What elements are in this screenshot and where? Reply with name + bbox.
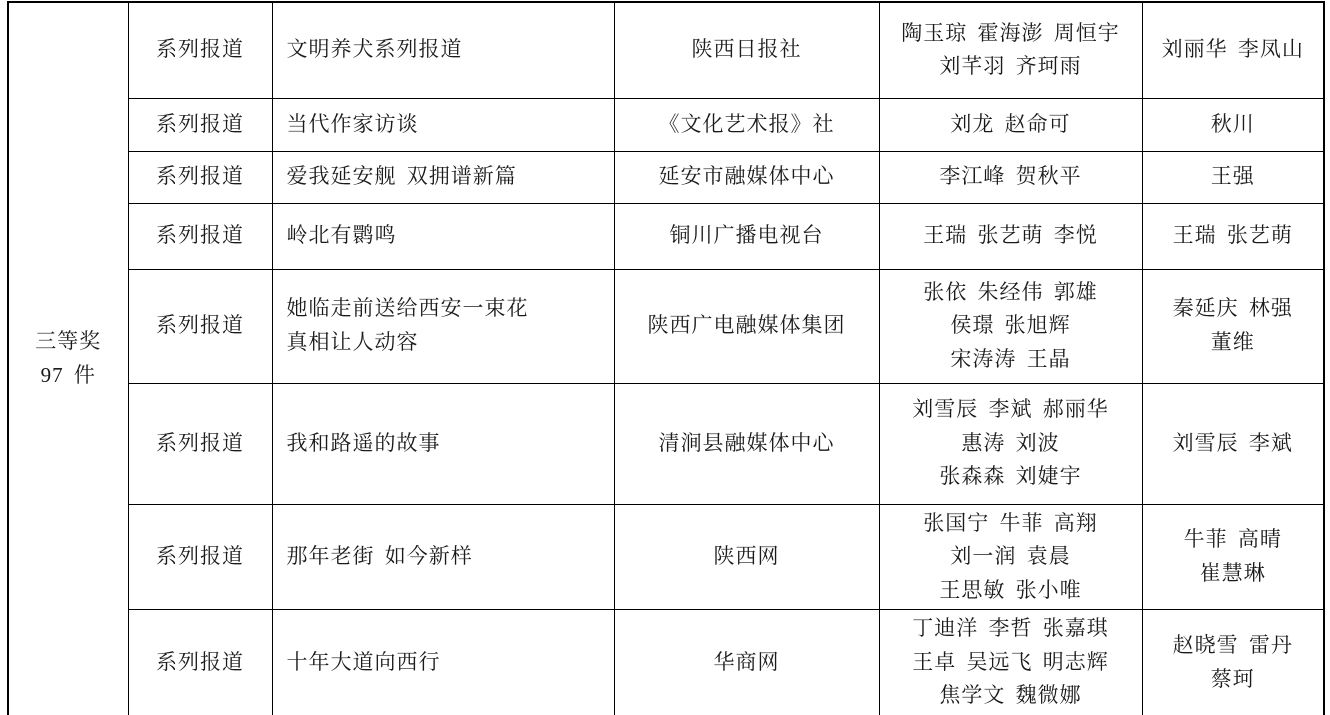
- category-cell: 系列报道: [128, 269, 272, 383]
- category-cell: 系列报道: [128, 2, 272, 98]
- organization-cell: 华商网: [614, 610, 879, 715]
- title-cell: 岭北有鹮鸣: [272, 203, 614, 269]
- authors-cell: 丁迪洋 李哲 张嘉琪 王卓 吴远飞 明志辉 焦学文 魏微娜: [879, 610, 1142, 715]
- category-cell: 系列报道: [128, 504, 272, 610]
- editors-cell: 牛菲 高晴 崔慧琳: [1142, 504, 1324, 610]
- authors-cell: 陶玉琼 霍海澎 周恒宇 刘芊羽 齐珂雨: [879, 2, 1142, 98]
- title-cell: 她临走前送给西安一束花 真相让人动容: [272, 269, 614, 383]
- editors-cell: 刘雪辰 李斌: [1142, 383, 1324, 504]
- award-category-cell: 三等奖 97 件: [8, 2, 128, 715]
- organization-cell: 陕西日报社: [614, 2, 879, 98]
- table-row: 系列报道 我和路遥的故事 清涧县融媒体中心 刘雪辰 李斌 郝丽华 惠涛 刘波 张…: [8, 383, 1324, 504]
- category-cell: 系列报道: [128, 98, 272, 151]
- organization-cell: 延安市融媒体中心: [614, 151, 879, 203]
- authors-cell: 张依 朱经伟 郭雄 侯璟 张旭辉 宋涛涛 王晶: [879, 269, 1142, 383]
- editors-cell: 秦延庆 林强 董维: [1142, 269, 1324, 383]
- organization-cell: 清涧县融媒体中心: [614, 383, 879, 504]
- editors-cell: 秋川: [1142, 98, 1324, 151]
- authors-cell: 刘雪辰 李斌 郝丽华 惠涛 刘波 张森森 刘婕宇: [879, 383, 1142, 504]
- title-cell: 我和路遥的故事: [272, 383, 614, 504]
- category-cell: 系列报道: [128, 610, 272, 715]
- organization-cell: 陕西网: [614, 504, 879, 610]
- authors-cell: 王瑞 张艺萌 李悦: [879, 203, 1142, 269]
- authors-cell: 刘龙 赵命可: [879, 98, 1142, 151]
- table-row: 系列报道 那年老街 如今新样 陕西网 张国宁 牛菲 高翔 刘一润 袁晨 王思敏 …: [8, 504, 1324, 610]
- awards-table-body: 三等奖 97 件系列报道 文明养犬系列报道 陕西日报社 陶玉琼 霍海澎 周恒宇 …: [8, 2, 1324, 715]
- table-row: 系列报道 当代作家访谈 《文化艺术报》社 刘龙 赵命可 秋川: [8, 98, 1324, 151]
- awards-table: 三等奖 97 件系列报道 文明养犬系列报道 陕西日报社 陶玉琼 霍海澎 周恒宇 …: [7, 1, 1325, 715]
- organization-cell: 铜川广播电视台: [614, 203, 879, 269]
- title-cell: 当代作家访谈: [272, 98, 614, 151]
- table-row: 系列报道 爱我延安舰 双拥谱新篇 延安市融媒体中心 李江峰 贺秋平 王强: [8, 151, 1324, 203]
- organization-cell: 《文化艺术报》社: [614, 98, 879, 151]
- editors-cell: 刘丽华 李凤山: [1142, 2, 1324, 98]
- authors-cell: 张国宁 牛菲 高翔 刘一润 袁晨 王思敏 张小唯: [879, 504, 1142, 610]
- title-cell: 十年大道向西行: [272, 610, 614, 715]
- table-row: 系列报道 十年大道向西行 华商网 丁迪洋 李哲 张嘉琪 王卓 吴远飞 明志辉 焦…: [8, 610, 1324, 715]
- title-cell: 爱我延安舰 双拥谱新篇: [272, 151, 614, 203]
- category-cell: 系列报道: [128, 203, 272, 269]
- title-cell: 那年老街 如今新样: [272, 504, 614, 610]
- authors-cell: 李江峰 贺秋平: [879, 151, 1142, 203]
- document-page: 三等奖 97 件系列报道 文明养犬系列报道 陕西日报社 陶玉琼 霍海澎 周恒宇 …: [0, 0, 1330, 715]
- organization-cell: 陕西广电融媒体集团: [614, 269, 879, 383]
- editors-cell: 王强: [1142, 151, 1324, 203]
- table-row: 系列报道 她临走前送给西安一束花 真相让人动容 陕西广电融媒体集团 张依 朱经伟…: [8, 269, 1324, 383]
- category-cell: 系列报道: [128, 151, 272, 203]
- category-cell: 系列报道: [128, 383, 272, 504]
- table-row: 系列报道 岭北有鹮鸣 铜川广播电视台 王瑞 张艺萌 李悦 王瑞 张艺萌: [8, 203, 1324, 269]
- editors-cell: 赵晓雪 雷丹 蔡珂: [1142, 610, 1324, 715]
- title-cell: 文明养犬系列报道: [272, 2, 614, 98]
- editors-cell: 王瑞 张艺萌: [1142, 203, 1324, 269]
- table-row: 三等奖 97 件系列报道 文明养犬系列报道 陕西日报社 陶玉琼 霍海澎 周恒宇 …: [8, 2, 1324, 98]
